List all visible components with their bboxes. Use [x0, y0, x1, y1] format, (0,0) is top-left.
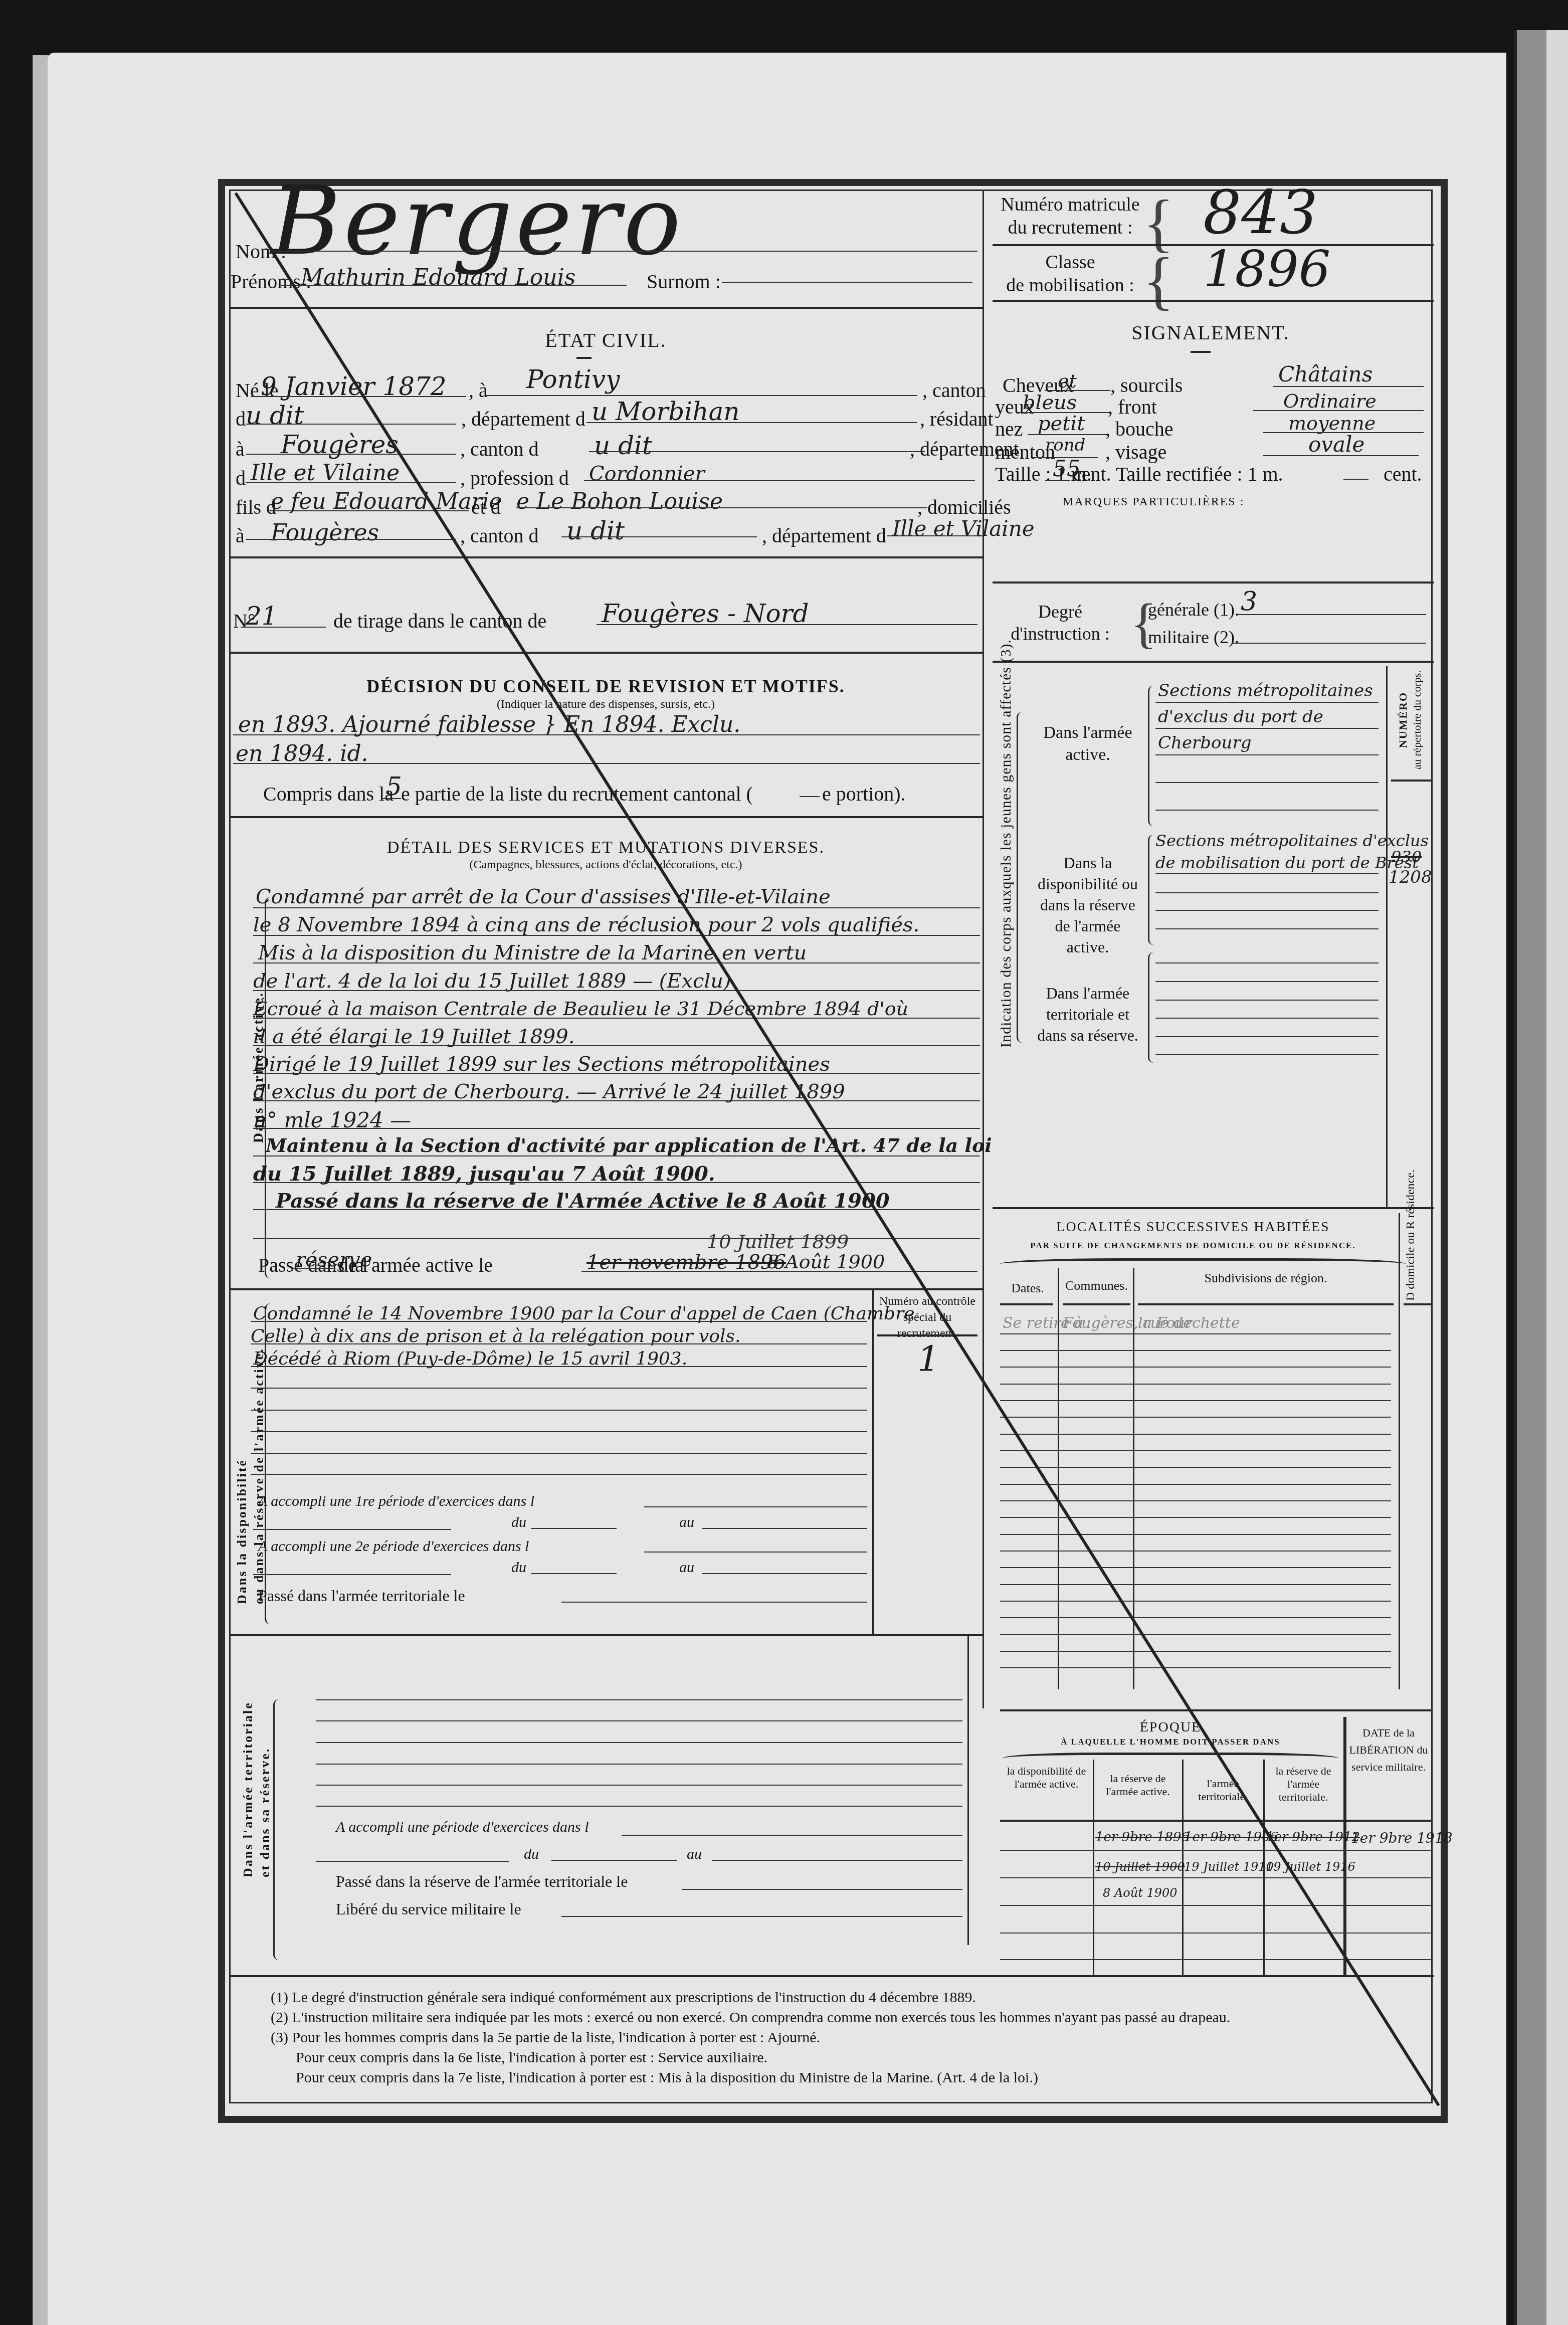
line — [1155, 1018, 1379, 1019]
numero-column-divider — [1386, 666, 1388, 1207]
line — [251, 1431, 867, 1432]
line — [1000, 1534, 1391, 1535]
service-line: Maintenu à la Section d'activité par app… — [266, 1134, 992, 1156]
nom-line — [271, 251, 977, 252]
line — [1155, 702, 1379, 703]
tirage-canton-label: de tirage dans le canton de — [333, 609, 546, 633]
numero-struck: 930 — [1391, 847, 1422, 866]
line — [1343, 479, 1368, 480]
disponibilite-divider — [229, 1634, 983, 1636]
epoque-col-divider — [1093, 1760, 1094, 1975]
line — [253, 907, 980, 908]
next-page-edge — [1546, 30, 1568, 2325]
column-header-liberation: DATE de la LIBÉRATION du service militai… — [1348, 1724, 1429, 1776]
departement3-label: , département d — [762, 524, 886, 547]
line — [316, 1764, 962, 1765]
sourcils-value: Châtains — [1278, 362, 1373, 386]
compris-partie: 5 — [386, 772, 402, 801]
surnom-label: Surnom : — [647, 270, 721, 293]
line — [887, 535, 983, 536]
visage-label: , visage — [1105, 440, 1166, 464]
classe-label-line1: Classe — [990, 251, 1150, 274]
line — [597, 624, 977, 625]
line — [1273, 386, 1424, 387]
line — [233, 734, 980, 735]
lieu-naissance: Pontivy — [526, 365, 620, 394]
brace-icon — [1148, 952, 1153, 1063]
line — [253, 962, 980, 963]
line — [1000, 1601, 1391, 1602]
epoque-reserve-active-3: 8 Août 1900 — [1103, 1886, 1178, 1900]
footnote: Pour ceux compris dans la 6e liste, l'in… — [296, 2048, 767, 2068]
au-label: au — [687, 1846, 702, 1863]
line — [644, 1552, 867, 1553]
column-header-communes: Communes. — [1060, 1278, 1133, 1293]
column-header-subdivisions: Subdivisions de région. — [1135, 1271, 1396, 1286]
line — [253, 935, 980, 936]
header-rule — [1000, 1820, 1431, 1822]
line — [246, 454, 456, 455]
matricule-label-line1: Numéro matricule — [990, 193, 1150, 216]
line — [253, 1100, 980, 1101]
et-de-label: et d — [471, 495, 501, 519]
line — [251, 1388, 867, 1389]
brace-icon — [1003, 1753, 1170, 1762]
taille-rectifiee-label: cent. Taille rectifiée : 1 m. — [1073, 462, 1283, 486]
line — [584, 480, 975, 481]
line — [1000, 1667, 1391, 1668]
footnote-text: Pour les hommes compris dans la 5e parti… — [292, 2029, 820, 2046]
etat-civil-divider — [229, 556, 983, 558]
d-label: d — [236, 466, 246, 490]
line — [233, 763, 980, 764]
title-dash — [1191, 351, 1211, 353]
mere: e Le Bohon Louise — [516, 489, 723, 514]
service-line: Mis à la disposition du Ministre de la M… — [258, 941, 807, 964]
residant-label: , résidant — [920, 407, 994, 431]
signalement-divider — [993, 582, 1434, 584]
header-rule — [1000, 1303, 1053, 1305]
domicilies-label: , domiciliés — [917, 495, 1011, 519]
brace-icon: { — [1143, 243, 1174, 318]
prenoms-line — [281, 285, 627, 286]
libere-label: Libéré du service militaire le — [336, 1900, 521, 1918]
decision-title: DÉCISION DU CONSEIL DE REVISION ET MOTIF… — [229, 676, 983, 697]
line — [246, 424, 456, 425]
line — [253, 1182, 980, 1183]
line — [1000, 1450, 1391, 1451]
periode2-label: A accompli une 2e période d'exercices da… — [258, 1538, 529, 1555]
canton2-label: , canton d — [460, 437, 539, 461]
footnote-text: Le degré d'instruction générale sera ind… — [292, 1989, 976, 2006]
localites-title: LOCALITÉS SUCCESSIVES HABITÉES — [998, 1219, 1389, 1235]
line — [1263, 455, 1419, 456]
line — [1155, 892, 1379, 893]
service-line: le 8 Novembre 1894 à cinq ans de réclusi… — [253, 913, 919, 936]
bouche-label: , bouche — [1105, 417, 1173, 441]
territoriale-label: Dans l'armée territoriale et dans sa rés… — [1035, 983, 1140, 1046]
disponibilite-side-label: Dans la disponibilité ou dans la réserve… — [234, 1347, 268, 1604]
generale-value: 3 — [1241, 587, 1257, 617]
header-divider — [229, 307, 983, 309]
footnote-text: Pour ceux compris dans la 7e liste, l'in… — [296, 2069, 1038, 2086]
column-header-disponibilite: la disponibilité de l'armée active. — [1000, 1765, 1093, 1791]
a-label: à — [236, 524, 245, 547]
column-header-dates: Dates. — [1000, 1281, 1055, 1296]
line — [586, 422, 917, 423]
brace-icon — [1148, 686, 1153, 826]
prenoms-label: Prénoms : — [231, 270, 311, 293]
classe-label-line2: de mobilisation : — [990, 274, 1150, 297]
line — [644, 1506, 867, 1507]
generale-label: générale (1). — [1148, 599, 1239, 620]
line — [1155, 1000, 1379, 1001]
passe-date-new: 8 Août 1900 — [767, 1251, 885, 1273]
numero-header-divider — [1391, 780, 1431, 782]
footnote: (3) Pour les hommes compris dans la 5e p… — [271, 2028, 820, 2048]
departement-label: , département d — [461, 407, 585, 431]
line — [1233, 643, 1426, 644]
services-divider — [229, 1288, 983, 1290]
du-label: du — [524, 1846, 539, 1863]
canton-naissance: u dit — [246, 401, 304, 430]
footnote-text: L'instruction militaire sera indiquée pa… — [292, 2009, 1230, 2026]
line — [1155, 928, 1379, 929]
line — [589, 451, 925, 452]
epoque-reserve-territoriale-2: 19 Juillet 1916 — [1266, 1860, 1355, 1874]
nez-label: nez — [995, 417, 1023, 441]
column-header-domicile: D domicile ou R résidence. — [1404, 1221, 1418, 1301]
title-dash — [576, 357, 592, 359]
line — [1000, 1651, 1391, 1652]
line — [246, 482, 456, 483]
liberation-col-divider — [1343, 1717, 1346, 1975]
line — [241, 627, 326, 628]
compris-label-2: e partie de la liste du recrutement cant… — [401, 782, 753, 806]
profession-label: , profession d — [460, 466, 569, 490]
line — [561, 1916, 962, 1917]
epoque-reserve-active-struck: 1er 9bre 1896 — [1095, 1830, 1190, 1845]
footnote-mark: (1) — [271, 1989, 288, 2006]
numero-new: 1208 — [1389, 867, 1432, 887]
line — [251, 1410, 867, 1411]
service-line: Écroué à la maison Centrale de Beaulieu … — [253, 998, 908, 1020]
canton-label: , canton — [922, 378, 986, 402]
line — [253, 1018, 980, 1019]
line — [1000, 1400, 1391, 1401]
service-line: de l'art. 4 de la loi du 15 Juillet 1889… — [253, 970, 731, 993]
disponibilite-line: de mobilisation du port de Brest — [1155, 853, 1419, 872]
epoque-reserve-active-2: 10 Juillet 1900 — [1095, 1860, 1185, 1874]
line — [1000, 1584, 1391, 1585]
line — [1000, 1850, 1431, 1851]
residence: Fougères — [281, 430, 399, 459]
line — [253, 990, 980, 991]
territoriale-right-border — [967, 1634, 969, 1945]
line — [1000, 1434, 1391, 1435]
line — [581, 1271, 977, 1272]
line — [1000, 1350, 1391, 1351]
line — [316, 1720, 962, 1721]
line — [1045, 480, 1070, 481]
line — [1155, 1054, 1379, 1055]
territoriale-side-label: Dans l'armée territoriale et dans sa rés… — [240, 1701, 274, 1877]
line — [291, 1268, 333, 1269]
brace-icon — [1000, 1258, 1203, 1268]
line — [531, 1528, 617, 1529]
decision-line: en 1893. Ajourné faiblesse } En 1894. Ex… — [238, 712, 740, 737]
numero-controle-value: 1 — [917, 1338, 940, 1380]
line — [1155, 962, 1379, 963]
line — [1000, 1333, 1391, 1334]
line — [1000, 1617, 1391, 1618]
header-rule — [1404, 1303, 1431, 1305]
instruction-label-line1: Degré — [1000, 601, 1120, 623]
brace-icon — [273, 1699, 279, 1960]
a-label: à — [236, 437, 245, 461]
line — [1155, 754, 1379, 755]
active-label: Dans l'armée active. — [1035, 722, 1140, 766]
numero-header-divider — [877, 1334, 977, 1336]
front-value: Ordinaire — [1283, 390, 1377, 412]
line — [622, 1835, 962, 1836]
line — [253, 1073, 980, 1074]
line — [251, 1332, 867, 1333]
canton-residence: u dit — [594, 431, 652, 460]
brace-icon — [1148, 835, 1153, 945]
header-rule — [1138, 1303, 1394, 1305]
du-label: du — [511, 1559, 526, 1576]
instruction-label: Degré d'instruction : — [1000, 601, 1120, 645]
footnote-text: Pour ceux compris dans la 6e liste, l'in… — [296, 2049, 767, 2066]
line — [1155, 981, 1379, 982]
line — [316, 1806, 962, 1807]
passe-territoriale-label: Passé dans l'armée territoriale le — [258, 1587, 465, 1605]
marques-label: MARQUES PARTICULIÈRES : — [1063, 495, 1244, 509]
line — [316, 1785, 962, 1786]
front-label: , front — [1108, 395, 1157, 419]
sourcils-label: , sourcils — [1110, 373, 1183, 397]
cheveux-value: et — [1058, 370, 1077, 392]
line — [253, 1128, 980, 1129]
line — [486, 395, 917, 396]
disponibilite-label: Dans la disponibilité ou dans la réserve… — [1035, 852, 1140, 957]
footnotes-divider — [229, 1975, 1434, 1977]
service-line: Condamné par arrêt de la Cour d'assises … — [256, 885, 831, 908]
line — [800, 796, 820, 797]
matricule-label-line2: du recrutement : — [990, 216, 1150, 239]
epoque-territoriale-struck: 1er 9bre 1906 — [1184, 1830, 1278, 1845]
active-line: Sections métropolitaines — [1158, 681, 1373, 701]
localites-divider — [1000, 1709, 1431, 1711]
classe-value: 1896 — [1203, 240, 1331, 298]
footnote: (1) Le degré d'instruction générale sera… — [271, 1988, 976, 2008]
militaire-label: militaire (2). — [1148, 627, 1239, 648]
line — [1000, 1367, 1391, 1368]
menton-value: rond — [1045, 435, 1085, 455]
line — [268, 510, 469, 511]
compris-label: Compris dans la — [263, 782, 394, 806]
side-label-line2: et dans sa réserve. — [257, 1701, 274, 1877]
etat-civil-title: ÉTAT CIVIL. — [229, 328, 983, 352]
line — [251, 1343, 867, 1344]
d-label: d — [236, 407, 246, 431]
epoque-reserve-territoriale-struck: 1er 9bre 1912 — [1266, 1830, 1360, 1845]
line — [561, 1602, 867, 1603]
epoque-territoriale-2: 19 Juillet 1910 — [1184, 1860, 1274, 1874]
line — [702, 1528, 867, 1529]
footnote-mark: (2) — [271, 2009, 288, 2026]
passe-reserve-territoriale-label: Passé dans la réserve de l'armée territo… — [336, 1872, 628, 1891]
tirage-divider — [229, 652, 983, 654]
line — [551, 1860, 677, 1861]
line — [1155, 810, 1379, 811]
line — [1000, 1484, 1391, 1485]
canton3-label: , canton d — [460, 524, 539, 547]
line — [1000, 1905, 1431, 1906]
instruction-divider — [993, 661, 1434, 663]
localite-subdivision: la Fourchette — [1138, 1314, 1240, 1332]
matricule-label: Numéro matricule du recrutement : — [990, 193, 1150, 239]
domicile-parents: Fougères — [271, 519, 379, 546]
dr-column-divider — [1399, 1213, 1400, 1689]
line — [561, 536, 757, 537]
epoque-subtitle: À LAQUELLE L'HOMME DOIT PASSER DANS — [1000, 1737, 1341, 1747]
line — [1155, 782, 1379, 783]
line — [1155, 873, 1379, 874]
line — [1000, 1567, 1391, 1568]
a-label: , à — [469, 378, 488, 402]
canton-parents: u dit — [566, 516, 625, 545]
cent-label: cent. — [1384, 462, 1422, 486]
decision-subtitle: (Indiquer la nature des dispenses, sursi… — [229, 698, 983, 711]
au-label: au — [679, 1559, 694, 1576]
disponibilite-line: Sections métropolitaines d'exclus — [1155, 831, 1429, 850]
line — [251, 1366, 867, 1367]
column-header-reserve-active: la réserve de l'armée active. — [1095, 1772, 1181, 1798]
affectations-divider — [993, 1207, 1434, 1209]
surnom-line — [722, 282, 972, 283]
line — [381, 798, 401, 799]
yeux-value: bleus — [1023, 391, 1077, 414]
line — [1253, 410, 1424, 411]
periode1-label: A accompli une 1re période d'exercices d… — [258, 1493, 534, 1510]
footnote: Pour ceux compris dans la 7e liste, l'in… — [296, 2068, 1038, 2088]
footnote-mark: (3) — [271, 2029, 288, 2046]
visage-value: ovale — [1308, 432, 1364, 457]
instruction-label-line2: d'instruction : — [1000, 623, 1120, 645]
line — [253, 1529, 451, 1530]
line — [1000, 1551, 1391, 1552]
line — [251, 1474, 867, 1475]
line — [1000, 1467, 1391, 1468]
numero-repertoire-header: NUMÉRO au répertoire du corps. — [1396, 670, 1424, 769]
epoque-liberation: 1er 9bre 1918 — [1351, 1830, 1453, 1846]
line — [251, 396, 466, 397]
brace-icon — [1017, 712, 1022, 1043]
line — [316, 1699, 962, 1700]
footnote: (2) L'instruction militaire sera indiqué… — [271, 2008, 1230, 2028]
du-label: du — [511, 1514, 526, 1531]
classe-label: Classe de mobilisation : — [990, 251, 1150, 297]
numero-header-line2: au répertoire du corps. — [1410, 670, 1424, 769]
side-label-line1: Dans l'armée territoriale — [240, 1701, 257, 1877]
numero-column-divider — [872, 1288, 874, 1634]
territoriale-periode-label: A accompli une période d'exercices dans … — [336, 1819, 589, 1836]
header-rule — [1063, 1303, 1130, 1305]
passe-date-above: 10 Juillet 1899 — [707, 1231, 849, 1253]
line — [712, 1860, 962, 1861]
line — [1000, 1500, 1391, 1501]
signalement-title: SIGNALEMENT. — [990, 321, 1431, 344]
line — [253, 1238, 980, 1239]
departement-parents: Ille et Vilaine — [892, 516, 1035, 541]
line — [251, 1321, 867, 1322]
prenoms-value: Mathurin Edouard Louis — [301, 265, 575, 290]
active-line: d'exclus du port de — [1158, 707, 1323, 727]
line — [1236, 614, 1426, 615]
line — [316, 1742, 962, 1743]
line — [702, 1573, 867, 1574]
column-header-reserve-territoriale: la réserve de l'armée territoriale. — [1266, 1765, 1341, 1804]
line — [1000, 1417, 1391, 1418]
line — [253, 1574, 451, 1575]
line — [1000, 1932, 1431, 1933]
epoque-title: ÉPOQUE — [1000, 1719, 1341, 1735]
side-label-line1: Dans la disponibilité — [234, 1347, 251, 1604]
page-edge — [33, 55, 49, 2325]
line — [1000, 1634, 1391, 1635]
column-header-territoriale: l'armée territoriale. — [1184, 1777, 1262, 1803]
line — [531, 1573, 617, 1574]
matricule-value: 843 — [1203, 178, 1318, 248]
passe-reserve-label-2: de l'armée active le — [338, 1253, 493, 1277]
nom-value: Bergero — [271, 165, 684, 276]
localites-subtitle: PAR SUITE DE CHANGEMENTS DE DOMICILE OU … — [998, 1241, 1389, 1251]
line — [253, 1045, 980, 1046]
line — [1000, 1959, 1431, 1960]
line — [253, 1155, 980, 1156]
fils-de-label: fils d — [236, 495, 276, 519]
classe-divider — [993, 300, 1434, 302]
line — [1000, 1877, 1431, 1878]
line — [1000, 1517, 1391, 1518]
nez-value: petit — [1038, 412, 1085, 435]
line — [516, 507, 927, 508]
numero-header-line1: NUMÉRO — [1396, 670, 1410, 769]
line — [682, 1889, 962, 1890]
line — [1000, 1384, 1391, 1385]
affectations-side-label: Indication des corps auxquels les jeunes… — [998, 639, 1015, 1048]
line — [251, 1453, 867, 1454]
decision-divider — [229, 816, 983, 818]
services-title: DÉTAIL DES SERVICES ET MUTATIONS DIVERSE… — [229, 838, 983, 857]
line — [246, 539, 456, 540]
bouche-value: moyenne — [1288, 412, 1376, 434]
line — [1155, 1036, 1379, 1037]
line — [253, 1209, 980, 1210]
active-line: Cherbourg — [1158, 733, 1251, 753]
services-subtitle: (Campagnes, blessures, actions d'éclat, … — [229, 858, 983, 872]
line — [1155, 910, 1379, 911]
line — [1155, 728, 1379, 729]
compris-label-3: e portion). — [822, 782, 906, 806]
au-label: au — [679, 1514, 694, 1531]
profession: Cordonnier — [589, 462, 705, 485]
line — [316, 1861, 509, 1862]
